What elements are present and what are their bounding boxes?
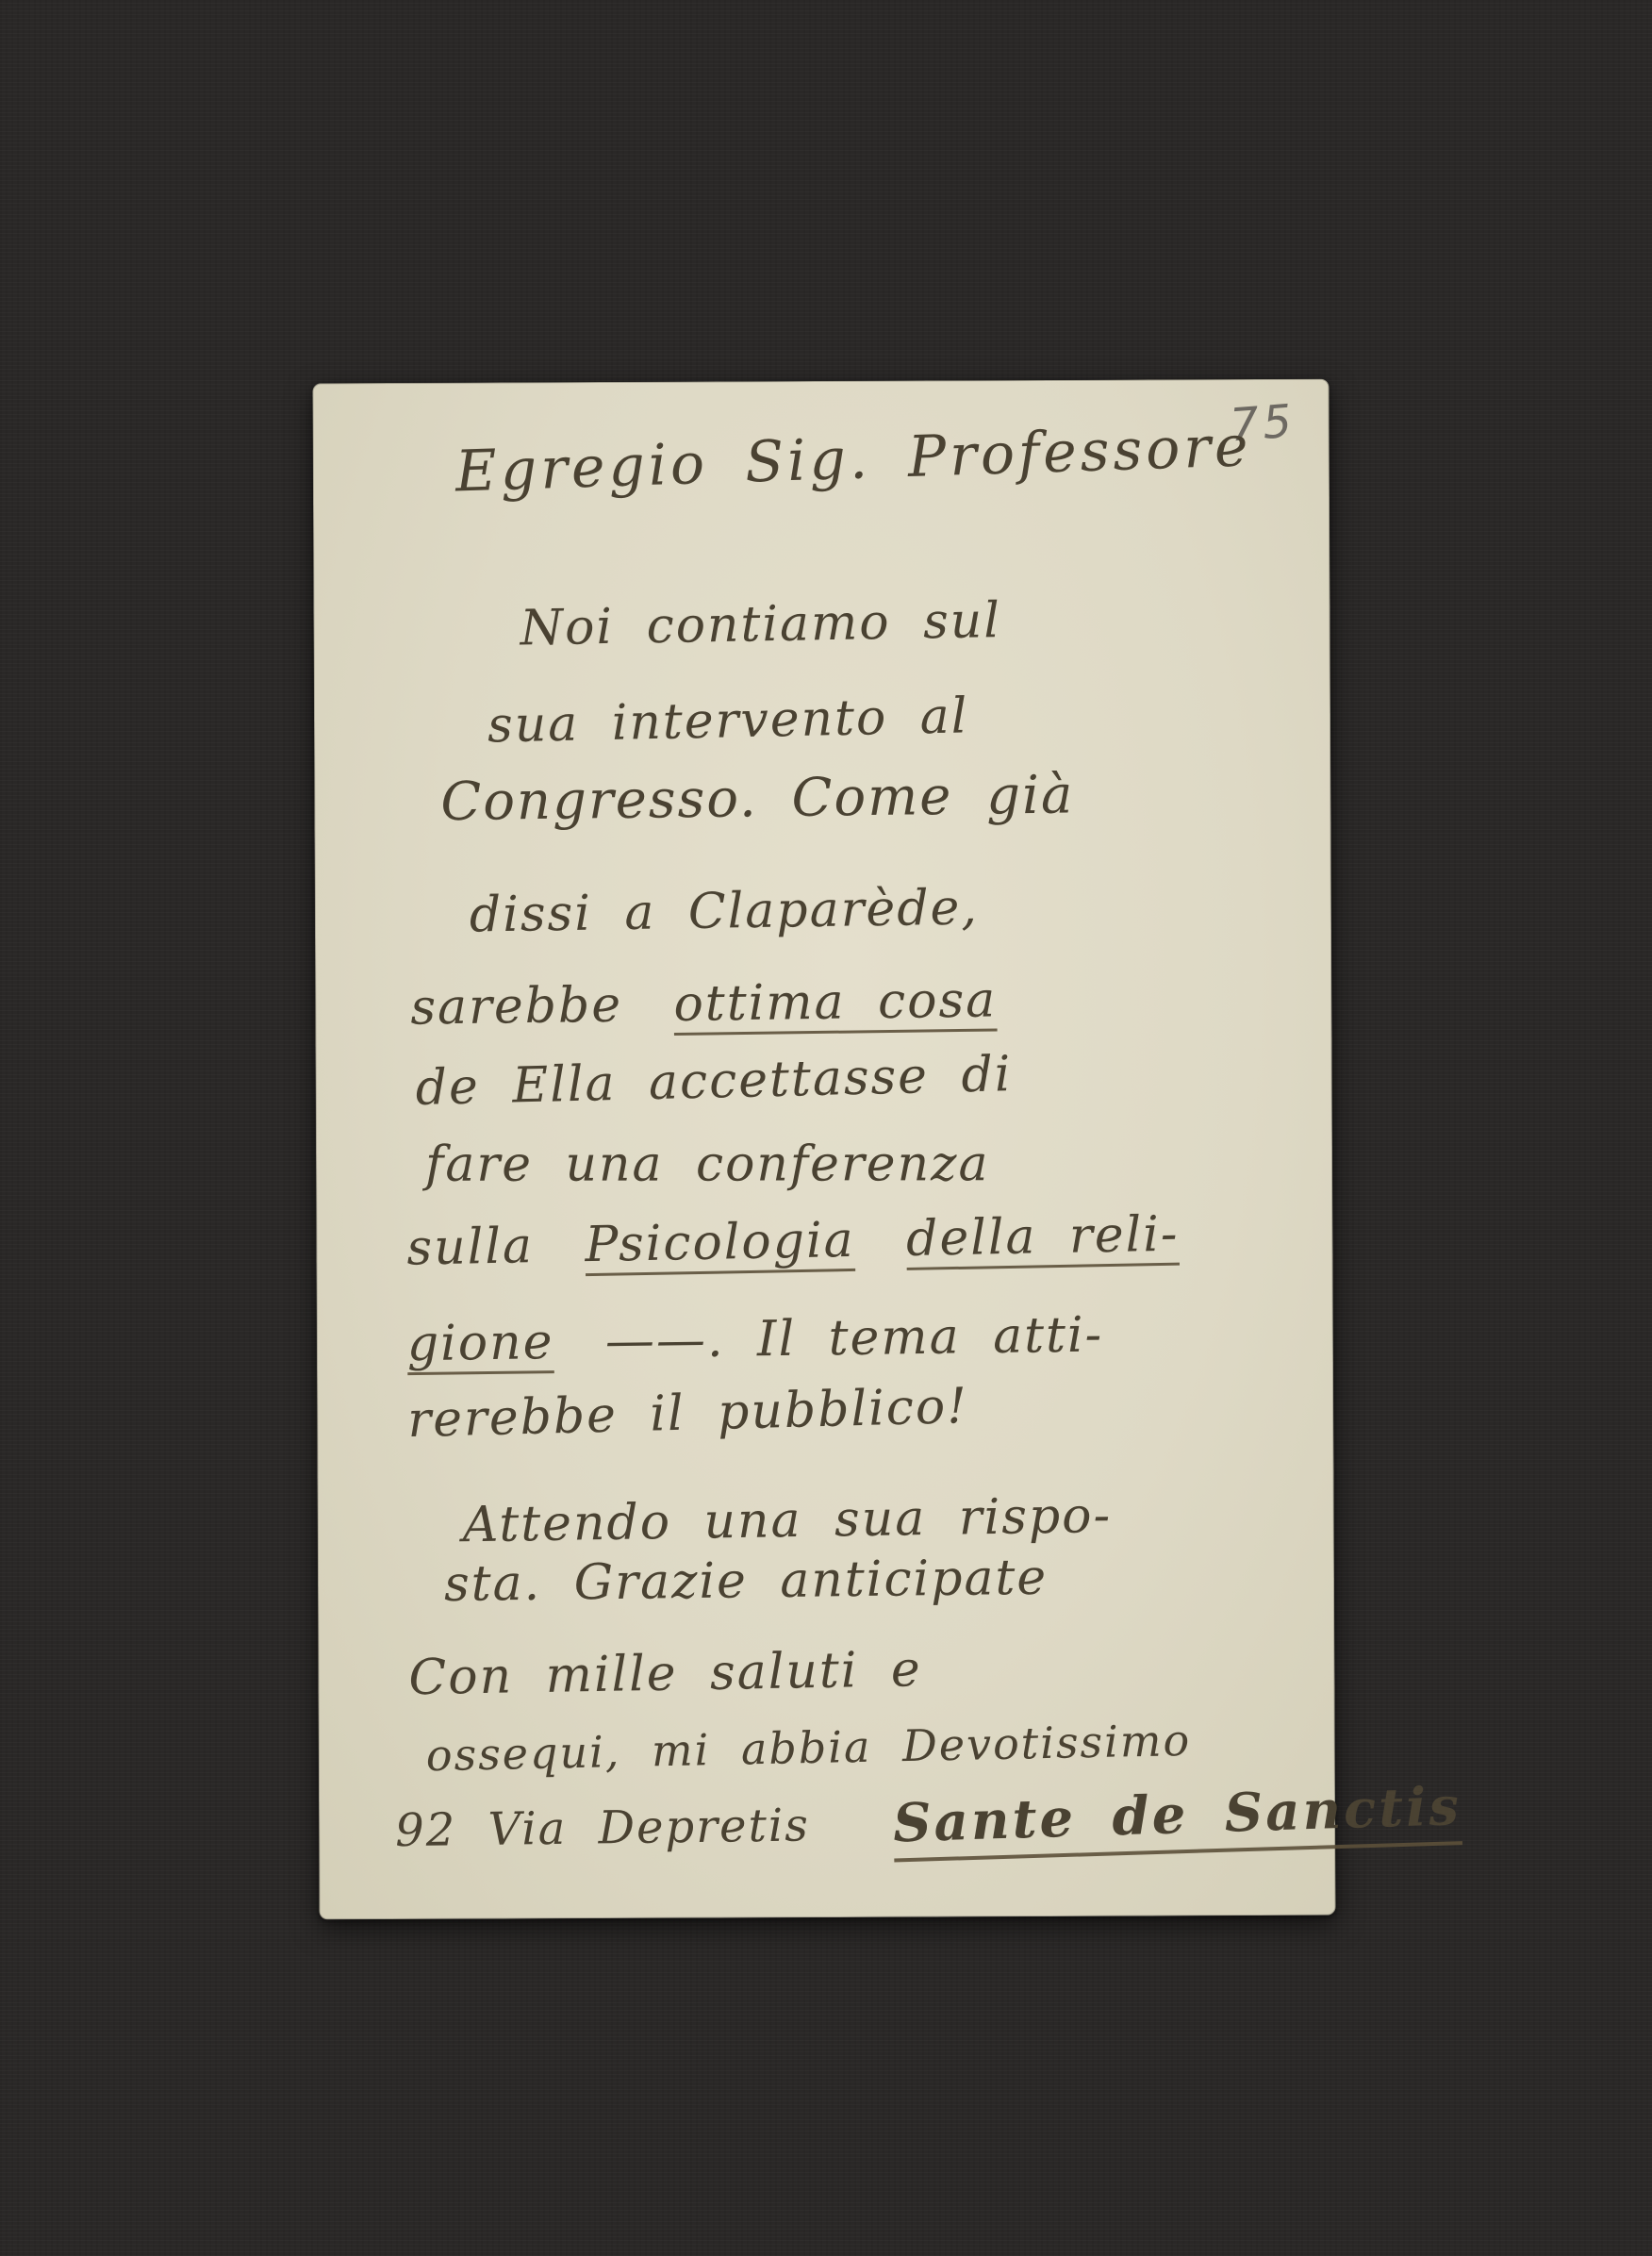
- letter-text: sulla: [406, 1219, 535, 1277]
- letter-text: Attendo una sua rispo-: [462, 1488, 1112, 1554]
- underlined-phrase: ottima cosa: [673, 972, 997, 1033]
- underlined-phrase: Psicologia: [585, 1213, 855, 1274]
- letter-line-13: sta. Grazie anticipate: [444, 1551, 1049, 1614]
- letter-line-6: sarebbe ottima cosa: [410, 972, 998, 1037]
- archival-mount: 75 Egregio Sig. Professore Noi contiamo …: [0, 0, 1652, 2256]
- closing-line: ossequi, mi abbia Devotissimo: [425, 1716, 1191, 1781]
- letter-text: sta. Grazie anticipate: [444, 1551, 1049, 1614]
- letter-text: sua intervento al: [487, 688, 968, 755]
- letter-text: Noi contiamo sul: [520, 593, 1001, 657]
- letter-line-7: de Ella accettasse di: [415, 1047, 1013, 1118]
- salutation-line: Egregio Sig. Professore: [454, 414, 1253, 505]
- letter-text: Congresso. Come già: [440, 765, 1075, 833]
- letter-line-10: gione ——. Il tema atti-: [407, 1307, 1104, 1372]
- letter-text: sarebbe: [410, 978, 622, 1037]
- letter-line-9: sulla Psicologia della reli-: [406, 1207, 1180, 1278]
- letter-line-14: Con mille saluti e: [408, 1642, 922, 1707]
- letter-line-4: Congresso. Come già: [440, 765, 1075, 833]
- letter-text: de Ella accettasse di: [415, 1047, 1013, 1118]
- sender-address: 92 Via Depretis: [395, 1800, 810, 1857]
- letter-line-5: dissi a Claparède,: [469, 880, 979, 944]
- letter-line-8: fare una conferenza: [425, 1136, 989, 1193]
- footer-line: 92 Via Depretis Sante de Sanctis: [395, 1791, 1301, 1859]
- underlined-phrase: gione: [407, 1315, 554, 1373]
- letter-line-12: Attendo una sua rispo-: [462, 1488, 1112, 1554]
- letter-text: Con mille saluti e: [408, 1642, 922, 1707]
- letter-line-11: rerebbe il pubblico!: [407, 1379, 969, 1450]
- letter-text: Egregio Sig. Professore: [454, 414, 1253, 505]
- letter-text: ——. Il tema atti-: [605, 1307, 1104, 1370]
- letter-text: dissi a Claparède,: [469, 880, 979, 944]
- letter-text: rerebbe il pubblico!: [407, 1379, 969, 1450]
- letter-card: 75 Egregio Sig. Professore Noi contiamo …: [312, 379, 1335, 1920]
- letter-text: ossequi, mi abbia Devotissimo: [425, 1716, 1191, 1781]
- letter-line-2: Noi contiamo sul: [520, 593, 1001, 657]
- underlined-phrase: della reli-: [906, 1207, 1180, 1269]
- signature: Sante de Sanctis: [892, 1776, 1462, 1854]
- letter-line-3: sua intervento al: [487, 688, 968, 755]
- letter-text: fare una conferenza: [425, 1136, 989, 1193]
